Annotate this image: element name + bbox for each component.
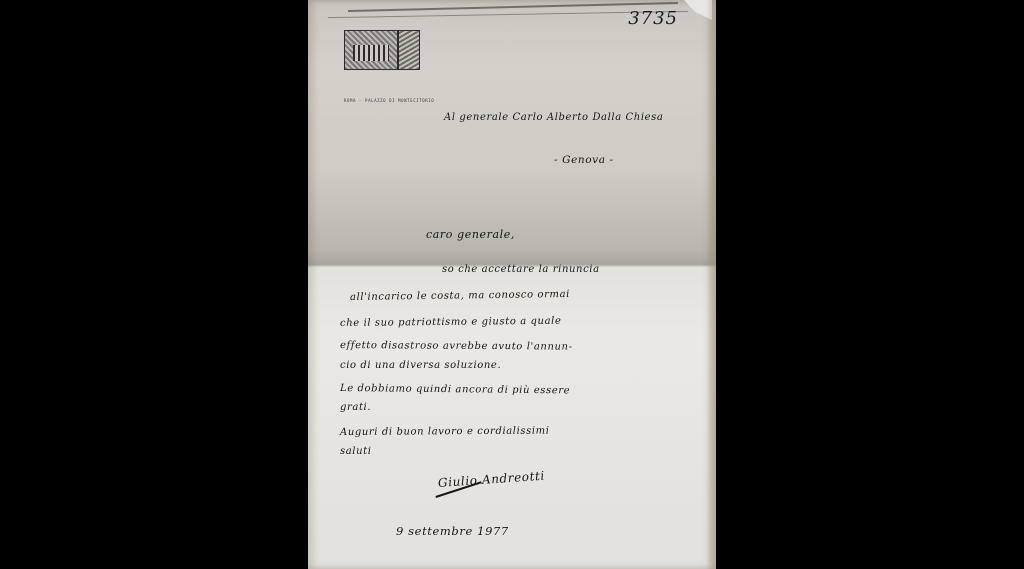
body-line: Le dobbiamo quindi ancora di più essere (340, 383, 570, 396)
image-viewer: ROMA - PALAZZO DI MONTECITORIO 3735 Al g… (0, 0, 1024, 569)
letterhead-caption: ROMA - PALAZZO DI MONTECITORIO (344, 98, 422, 103)
body-line: grati. (340, 402, 371, 413)
body-line: Auguri di buon lavoro e cordialissimi (340, 426, 550, 438)
obelisk-illustration (399, 31, 419, 69)
palace-illustration (345, 31, 397, 69)
letter-paper: ROMA - PALAZZO DI MONTECITORIO 3735 Al g… (308, 0, 716, 569)
body-line: saluti (340, 446, 372, 457)
letter-date: 9 settembre 1977 (396, 524, 509, 538)
paper-edge-shadow (706, 0, 716, 569)
letterhead: ROMA - PALAZZO DI MONTECITORIO (344, 30, 422, 100)
montecitorio-engraving-icon (344, 30, 420, 70)
body-line: so che accettare la rinuncia (442, 264, 600, 275)
body-line: che il suo patriottismo e giusto a quale (340, 316, 562, 329)
body-line: cio di una diversa soluzione. (340, 360, 501, 371)
salutation: caro generale, (426, 228, 515, 241)
body-line: effetto disastroso avrebbe avuto l'annun… (340, 340, 573, 353)
archive-number: 3735 (628, 8, 678, 29)
addressee: Al generale Carlo Alberto Dalla Chiesa (444, 112, 663, 123)
signature: Giulio Andreotti (438, 469, 546, 490)
address-city: - Genova - (554, 154, 614, 166)
body-line: all'incarico le costa, ma conosco ormai (350, 289, 570, 303)
